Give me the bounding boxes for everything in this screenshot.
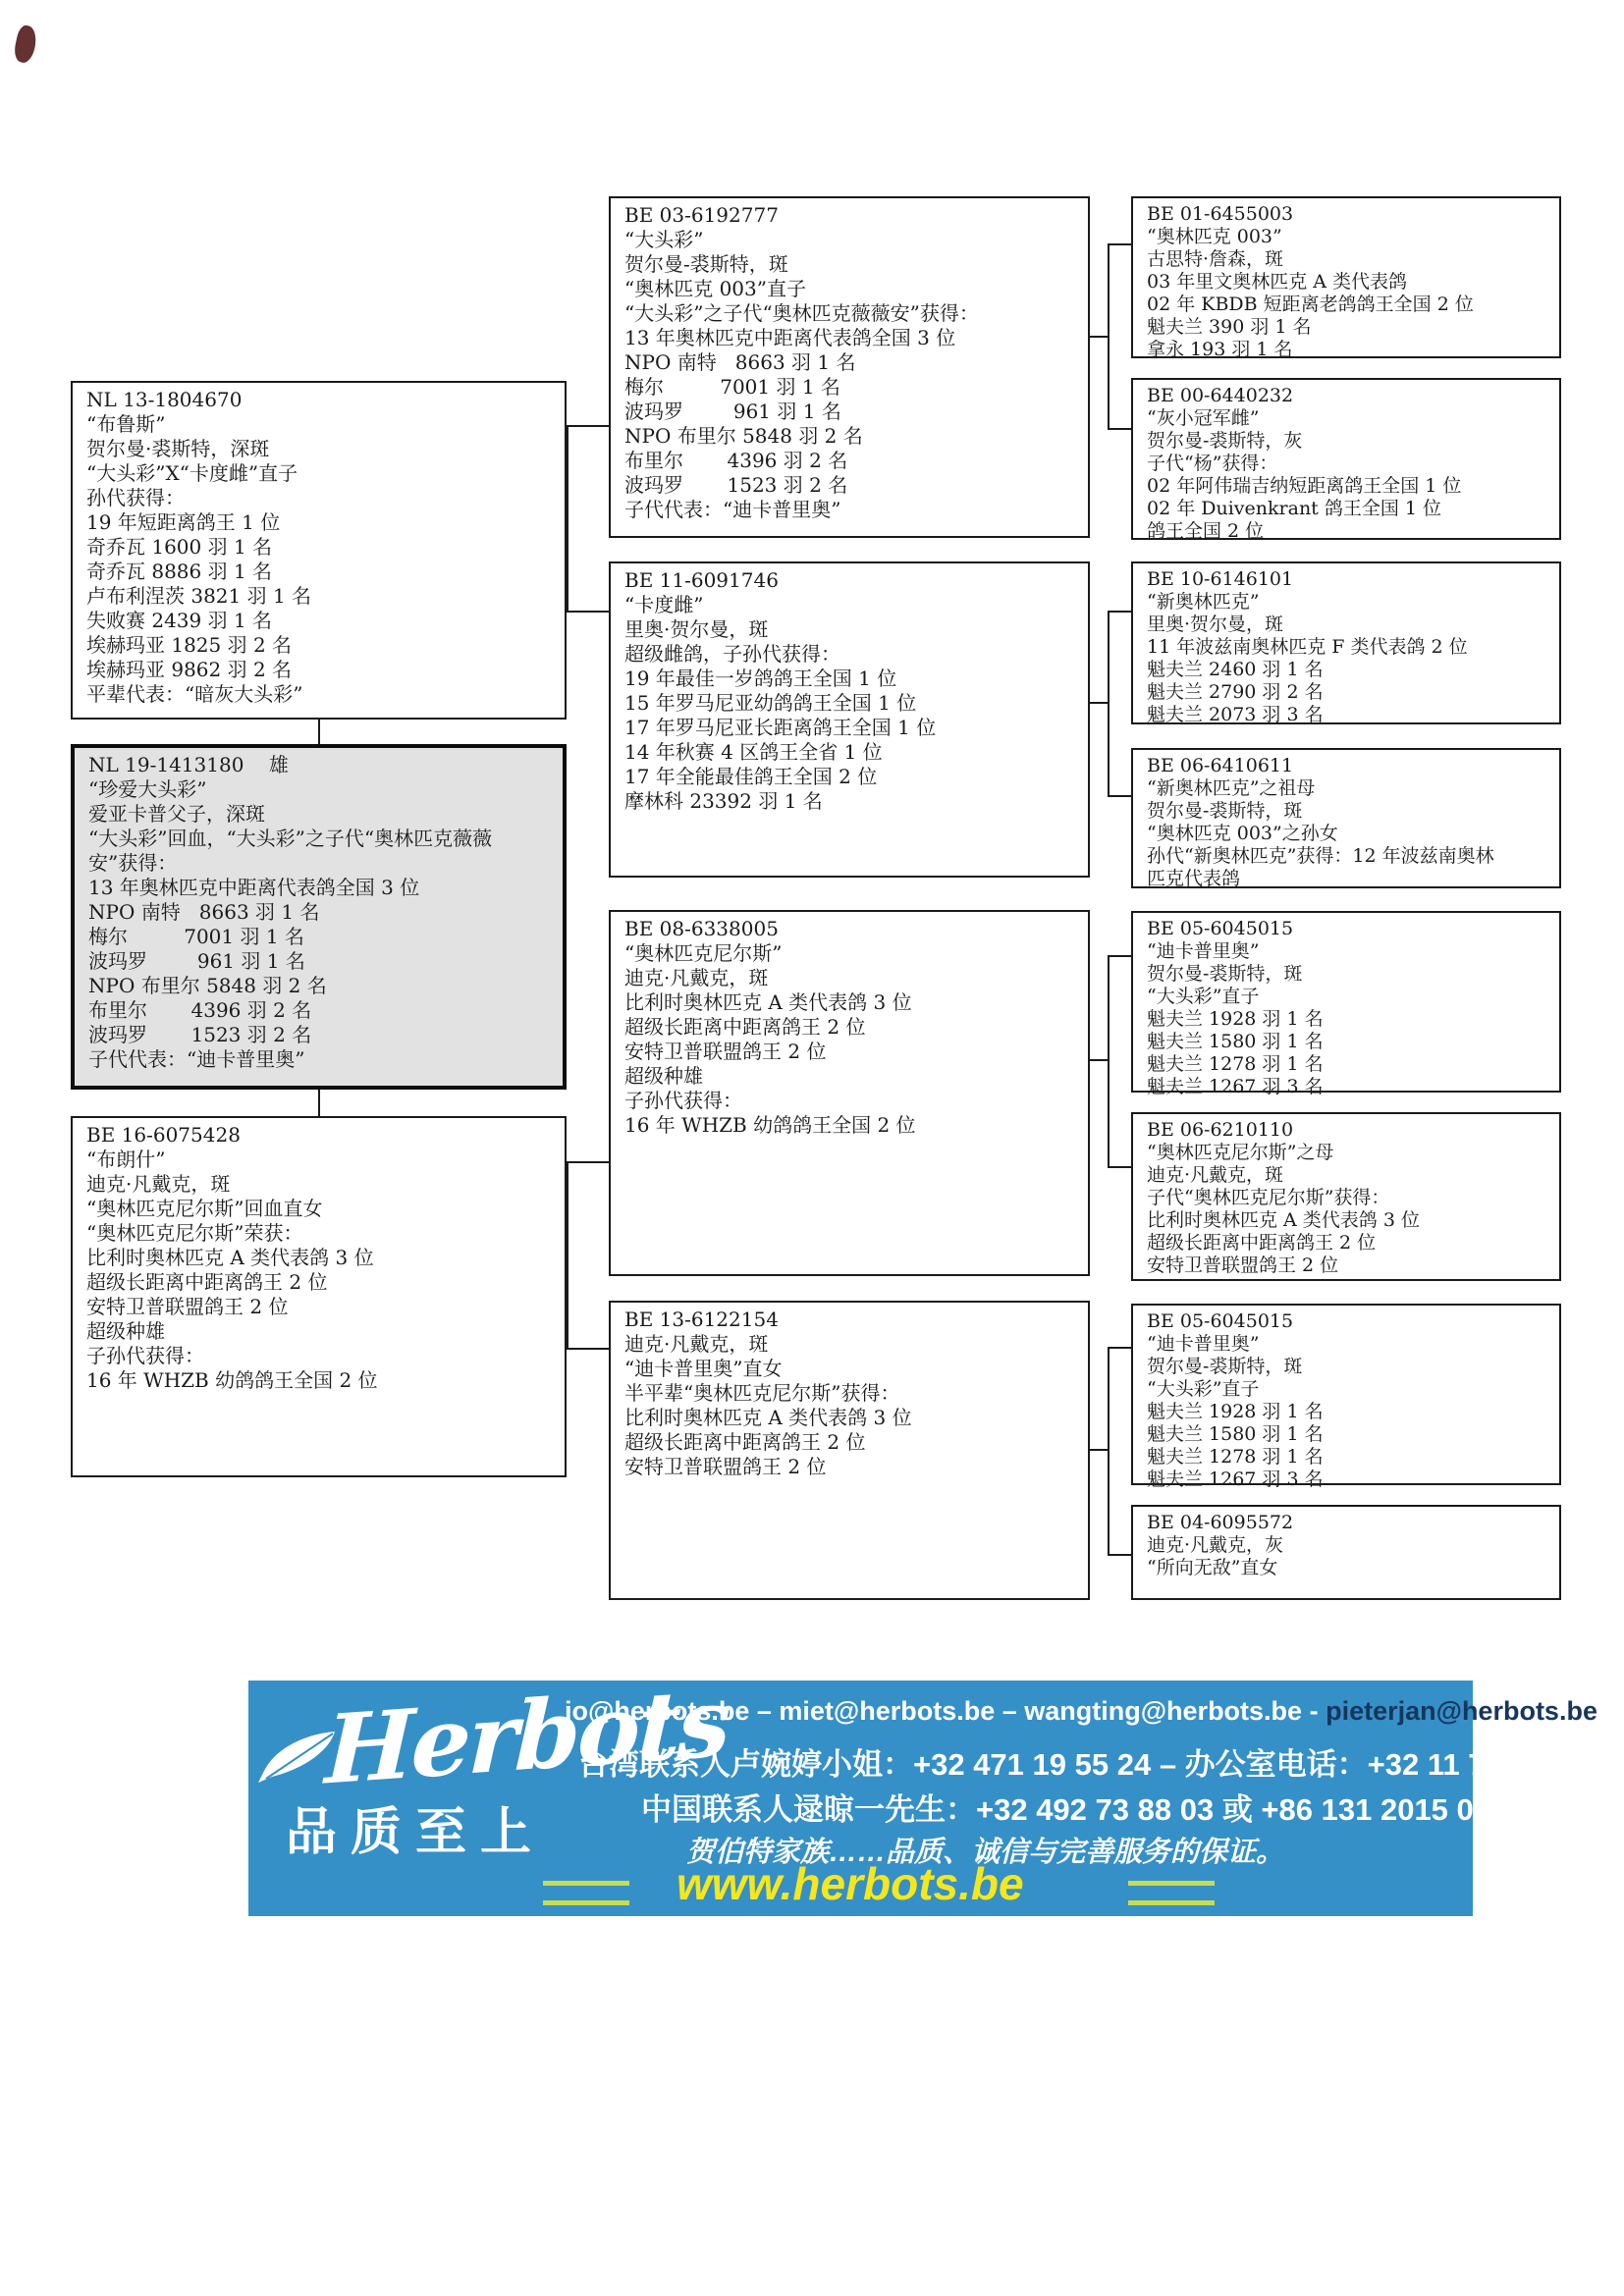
- china-contact-line: 中国联系人逯晾一先生：+32 492 73 88 03 或 +86 131 20…: [641, 1785, 1525, 1829]
- email-contacts[interactable]: jo@herbots.be – miet@herbots.be – wangti…: [565, 1696, 1597, 1727]
- email-contacts-main[interactable]: jo@herbots.be – miet@herbots.be – wangti…: [565, 1696, 1326, 1726]
- pedigree-line: 布里尔 4396 羽 2 名: [624, 449, 1080, 473]
- connector-line: [1108, 428, 1131, 430]
- pedigree-box-nl-13-1804670: NL 13-1804670“布鲁斯”贺尔曼·裘斯特，深斑“大头彩”X“卡度雌”直…: [71, 381, 567, 720]
- pedigree-line: “新奥林匹克”之祖母: [1147, 777, 1551, 800]
- taiwan-contact-line: 台湾联系人卢婉婷小姐：+32 471 19 55 24 – 办公室电话：+32 …: [578, 1739, 1587, 1784]
- connector-line: [1108, 1554, 1131, 1556]
- pedigree-box-be-00-6440232: BE 00-6440232“灰小冠军雌”贺尔曼-裘斯特，灰子代“杨”获得：02 …: [1131, 378, 1561, 540]
- pedigree-box-lines: BE 11-6091746“卡度雌”里奥·贺尔曼，斑超级雌鸽，子孙代获得：19 …: [624, 568, 1080, 814]
- pedigree-box-be-01-6455003: BE 01-6455003“奥林匹克 003”古思特·詹森，斑03 年里文奥林匹…: [1131, 196, 1561, 358]
- pedigree-line: “布朗什”: [86, 1148, 557, 1172]
- pedigree-line: “迪卡普里奥”: [1147, 940, 1551, 963]
- pedigree-line: 奇乔瓦 8886 羽 1 名: [86, 560, 557, 584]
- pedigree-line: 半平辈“奥林匹克尼尔斯”获得：: [624, 1381, 1080, 1406]
- pedigree-line: 02 年 Duivenkrant 鸽王全国 1 位: [1147, 498, 1551, 520]
- pedigree-line: 13 年奥林匹克中距离代表鸽全国 3 位: [624, 326, 1080, 350]
- pedigree-line: 魁夫兰 1580 羽 1 名: [1147, 1031, 1551, 1053]
- pedigree-line: 魁夫兰 1278 羽 1 名: [1147, 1053, 1551, 1076]
- pedigree-line: 19 年短距离鸽王 1 位: [86, 510, 557, 535]
- pedigree-line: “大头彩”直子: [1147, 986, 1551, 1008]
- pedigree-line: 古思特·詹森，斑: [1147, 248, 1551, 271]
- connector-line: [1090, 1449, 1110, 1451]
- pedigree-line: 埃赫玛亚 9862 羽 2 名: [86, 658, 557, 682]
- connector-line: [318, 720, 320, 744]
- pedigree-line: 19 年最佳一岁鸽鸽王全国 1 位: [624, 667, 1080, 691]
- pedigree-line: 02 年 KBDB 短距离老鸽鸽王全国 2 位: [1147, 294, 1551, 316]
- pedigree-box-be-04-6095572: BE 04-6095572迪克·凡戴克，灰“所向无敌”直女: [1131, 1505, 1561, 1600]
- pedigree-line: “奥林匹克尼尔斯”之母: [1147, 1142, 1551, 1164]
- pedigree-line: NL 13-1804670: [86, 388, 557, 412]
- pedigree-line: 贺尔曼-裘斯特，斑: [1147, 963, 1551, 986]
- pedigree-line: 13 年奥林匹克中距离代表鸽全国 3 位: [88, 876, 555, 900]
- pedigree-line: 安特卫普联盟鸽王 2 位: [86, 1295, 557, 1319]
- pedigree-line: 03 年里文奥林匹克 A 类代表鸽: [1147, 271, 1551, 294]
- pedigree-line: BE 13-6122154: [624, 1308, 1080, 1332]
- connector-line: [567, 425, 609, 427]
- pedigree-box-lines: BE 06-6210110“奥林匹克尼尔斯”之母迪克·凡戴克，斑子代“奥林匹克尼…: [1147, 1119, 1551, 1277]
- pedigree-line: NL 19-1413180 雄: [88, 753, 555, 777]
- connector-line: [1108, 243, 1131, 245]
- pedigree-line: “所向无敌”直女: [1147, 1557, 1551, 1579]
- pedigree-line: 17 年罗马尼亚长距离鸽王全国 1 位: [624, 716, 1080, 740]
- connector-line: [1108, 955, 1131, 957]
- connector-line: [567, 1161, 568, 1350]
- pedigree-line: 贺尔曼-裘斯特，斑: [624, 252, 1080, 277]
- pedigree-line: BE 10-6146101: [1147, 568, 1551, 591]
- pedigree-line: 孙代获得：: [86, 486, 557, 510]
- pedigree-line: “迪卡普里奥”直女: [624, 1357, 1080, 1381]
- connector-line: [1090, 1059, 1110, 1061]
- pedigree-line: 奇乔瓦 1600 羽 1 名: [86, 535, 557, 560]
- pedigree-line: 里奥·贺尔曼，斑: [1147, 614, 1551, 636]
- pedigree-line: 迪克·凡戴克，斑: [86, 1172, 557, 1197]
- pedigree-line: 15 年罗马尼亚幼鸽鸽王全国 1 位: [624, 691, 1080, 716]
- pedigree-line: 16 年 WHZB 幼鸽鸽王全国 2 位: [624, 1113, 1080, 1138]
- pedigree-line: 安”获得：: [88, 851, 555, 876]
- connector-line: [1108, 1347, 1131, 1349]
- connector-line: [567, 611, 609, 613]
- pedigree-line: “布鲁斯”: [86, 412, 557, 437]
- pedigree-line: 安特卫普联盟鸽王 2 位: [1147, 1255, 1551, 1277]
- pedigree-line: BE 04-6095572: [1147, 1512, 1551, 1534]
- pedigree-line: 贺尔曼-裘斯特，斑: [1147, 1356, 1551, 1378]
- pedigree-box-lines: BE 13-6122154迪克·凡戴克，斑“迪卡普里奥”直女半平辈“奥林匹克尼尔…: [624, 1308, 1080, 1479]
- pedigree-line: NPO 布里尔 5848 羽 2 名: [624, 424, 1080, 449]
- website-link[interactable]: www.herbots.be: [677, 1857, 1024, 1910]
- pedigree-line: “卡度雌”: [624, 593, 1080, 617]
- pedigree-line: BE 11-6091746: [624, 568, 1080, 593]
- pedigree-line: 平辈代表：“暗灰大头彩”: [86, 682, 557, 707]
- pedigree-line: 魁夫兰 2460 羽 1 名: [1147, 659, 1551, 681]
- pedigree-box-nl-19-1413180-subject: NL 19-1413180 雄“珍爱大头彩”爱亚卡普父子，深斑“大头彩”回血，“…: [71, 744, 567, 1090]
- pedigree-line: 拿永 193 羽 1 名: [1147, 339, 1551, 361]
- pedigree-line: “灰小冠军雌”: [1147, 407, 1551, 430]
- pedigree-box-be-11-6091746: BE 11-6091746“卡度雌”里奥·贺尔曼，斑超级雌鸽，子孙代获得：19 …: [609, 561, 1090, 878]
- pedigree-line: “奥林匹克尼尔斯”荣获：: [86, 1221, 557, 1246]
- pedigree-line: 16 年 WHZB 幼鸽鸽王全国 2 位: [86, 1368, 557, 1393]
- pedigree-line: 波玛罗 961 羽 1 名: [624, 400, 1080, 424]
- connector-line: [1090, 702, 1110, 704]
- pedigree-line: “珍爱大头彩”: [88, 777, 555, 802]
- pedigree-box-lines: NL 13-1804670“布鲁斯”贺尔曼·裘斯特，深斑“大头彩”X“卡度雌”直…: [86, 388, 557, 707]
- pedigree-line: 子代代表：“迪卡普里奥”: [624, 498, 1080, 522]
- pedigree-line: 贺尔曼·裘斯特，深斑: [86, 437, 557, 461]
- pedigree-box-lines: BE 05-6045015“迪卡普里奥”贺尔曼-裘斯特，斑“大头彩”直子魁夫兰 …: [1147, 918, 1551, 1098]
- pedigree-line: “大头彩”之子代“奥林匹克薇薇安”获得：: [624, 301, 1080, 326]
- pedigree-line: 迪克·凡戴克，斑: [1147, 1164, 1551, 1187]
- pedigree-line: 迪克·凡戴克，斑: [624, 966, 1080, 990]
- pedigree-line: 魁夫兰 1580 羽 1 名: [1147, 1423, 1551, 1446]
- pedigree-line: “奥林匹克尼尔斯”: [624, 941, 1080, 966]
- pedigree-line: 魁夫兰 1928 羽 1 名: [1147, 1401, 1551, 1423]
- pedigree-line: “奥林匹克 003”之孙女: [1147, 823, 1551, 845]
- pedigree-line: BE 06-6210110: [1147, 1119, 1551, 1142]
- pedigree-line: BE 08-6338005: [624, 917, 1080, 941]
- decorative-double-line-left: [543, 1881, 629, 1905]
- connector-line: [1108, 955, 1110, 1168]
- pedigree-box-lines: BE 10-6146101“新奥林匹克”里奥·贺尔曼，斑11 年波兹南奥林匹克 …: [1147, 568, 1551, 726]
- pedigree-line: 迪克·凡戴克，斑: [624, 1332, 1080, 1357]
- pedigree-box-lines: BE 08-6338005“奥林匹克尼尔斯”迪克·凡戴克，斑比利时奥林匹克 A …: [624, 917, 1080, 1138]
- connector-line: [1108, 1347, 1110, 1556]
- pedigree-line: 魁夫兰 1278 羽 1 名: [1147, 1446, 1551, 1468]
- pedigree-line: 卢布利涅茨 3821 羽 1 名: [86, 584, 557, 609]
- pedigree-line: 子代“奥林匹克尼尔斯”获得：: [1147, 1187, 1551, 1209]
- pedigree-line: 超级长距离中距离鸽王 2 位: [624, 1430, 1080, 1455]
- pedigree-line: NPO 南特 8663 羽 1 名: [624, 350, 1080, 375]
- pedigree-line: 孙代“新奥林匹克”获得：12 年波兹南奥林: [1147, 845, 1551, 868]
- pedigree-box-be-06-6210110: BE 06-6210110“奥林匹克尼尔斯”之母迪克·凡戴克，斑子代“奥林匹克尼…: [1131, 1112, 1561, 1281]
- pedigree-box-be-10-6146101: BE 10-6146101“新奥林匹克”里奥·贺尔曼，斑11 年波兹南奥林匹克 …: [1131, 561, 1561, 724]
- connector-line: [1108, 795, 1131, 797]
- pedigree-line: 比利时奥林匹克 A 类代表鸽 3 位: [86, 1246, 557, 1270]
- pedigree-line: 匹克代表鸽: [1147, 868, 1551, 890]
- pedigree-line: 11 年波兹南奥林匹克 F 类代表鸽 2 位: [1147, 636, 1551, 659]
- pedigree-line: 梅尔 7001 羽 1 名: [624, 375, 1080, 400]
- pedigree-line: 02 年阿伟瑞吉纳短距离鸽王全国 1 位: [1147, 475, 1551, 498]
- pedigree-line: 爱亚卡普父子，深斑: [88, 802, 555, 827]
- pedigree-line: 波玛罗 1523 羽 2 名: [88, 1023, 555, 1047]
- quality-slogan: 品质至上: [286, 1790, 545, 1864]
- pedigree-line: 魁夫兰 1928 羽 1 名: [1147, 1008, 1551, 1031]
- connector-line: [567, 1348, 609, 1350]
- pedigree-line: “大头彩”直子: [1147, 1378, 1551, 1401]
- pedigree-box-be-03-6192777: BE 03-6192777“大头彩”贺尔曼-裘斯特，斑“奥林匹克 003”直子“…: [609, 196, 1090, 538]
- pedigree-line: BE 06-6410611: [1147, 755, 1551, 777]
- pedigree-line: 子孙代获得：: [86, 1344, 557, 1368]
- pedigree-line: “大头彩”X“卡度雌”直子: [86, 461, 557, 486]
- pedigree-line: 超级长距离中距离鸽王 2 位: [1147, 1232, 1551, 1255]
- pedigree-line: 魁夫兰 2073 羽 3 名: [1147, 704, 1551, 726]
- pedigree-box-lines: BE 06-6410611“新奥林匹克”之祖母贺尔曼-裘斯特，斑“奥林匹克 00…: [1147, 755, 1551, 890]
- connector-line: [318, 1090, 320, 1116]
- pedigree-line: 波玛罗 1523 羽 2 名: [624, 473, 1080, 498]
- pedigree-line: BE 05-6045015: [1147, 918, 1551, 940]
- pedigree-line: 子代代表：“迪卡普里奥”: [88, 1047, 555, 1072]
- pedigree-line: 里奥·贺尔曼，斑: [624, 617, 1080, 642]
- pedigree-line: 迪克·凡戴克，灰: [1147, 1534, 1551, 1557]
- pedigree-line: 超级长距离中距离鸽王 2 位: [624, 1015, 1080, 1040]
- pedigree-line: “新奥林匹克”: [1147, 591, 1551, 614]
- pedigree-line: 波玛罗 961 羽 1 名: [88, 949, 555, 974]
- connector-line: [567, 1161, 609, 1163]
- decorative-double-line-right: [1128, 1881, 1215, 1905]
- pedigree-box-lines: BE 03-6192777“大头彩”贺尔曼-裘斯特，斑“奥林匹克 003”直子“…: [624, 203, 1080, 522]
- pedigree-line: NPO 南特 8663 羽 1 名: [88, 900, 555, 925]
- pedigree-box-be-08-6338005: BE 08-6338005“奥林匹克尼尔斯”迪克·凡戴克，斑比利时奥林匹克 A …: [609, 910, 1090, 1276]
- pedigree-line: 比利时奥林匹克 A 类代表鸽 3 位: [624, 990, 1080, 1015]
- pedigree-line: NPO 布里尔 5848 羽 2 名: [88, 974, 555, 998]
- connector-line: [1090, 336, 1110, 338]
- pedigree-line: 贺尔曼-裘斯特，灰: [1147, 430, 1551, 453]
- herbots-banner: Herbots 品质至上 jo@herbots.be – miet@herbot…: [248, 1681, 1473, 1916]
- pedigree-line: 魁夫兰 1267 羽 3 名: [1147, 1076, 1551, 1098]
- pedigree-line: BE 00-6440232: [1147, 385, 1551, 407]
- connector-line: [1108, 611, 1110, 797]
- pedigree-line: BE 03-6192777: [624, 203, 1080, 228]
- pedigree-box-lines: BE 05-6045015“迪卡普里奥”贺尔曼-裘斯特，斑“大头彩”直子魁夫兰 …: [1147, 1310, 1551, 1491]
- connector-line: [1108, 1166, 1131, 1168]
- pedigree-box-lines: BE 01-6455003“奥林匹克 003”古思特·詹森，斑03 年里文奥林匹…: [1147, 203, 1551, 361]
- pedigree-line: 子孙代获得：: [624, 1089, 1080, 1113]
- pedigree-box-lines: BE 16-6075428“布朗什”迪克·凡戴克，斑“奥林匹克尼尔斯”回血直女“…: [86, 1123, 557, 1393]
- pedigree-line: BE 05-6045015: [1147, 1310, 1551, 1333]
- pedigree-line: 比利时奥林匹克 A 类代表鸽 3 位: [1147, 1209, 1551, 1232]
- pedigree-line: BE 01-6455003: [1147, 203, 1551, 226]
- pedigree-line: 鸽王全国 2 位: [1147, 520, 1551, 543]
- pedigree-line: 魁夫兰 390 羽 1 名: [1147, 316, 1551, 339]
- pedigree-line: 摩林科 23392 羽 1 名: [624, 789, 1080, 814]
- pedigree-line: 布里尔 4396 羽 2 名: [88, 998, 555, 1023]
- connector-line: [1108, 243, 1110, 430]
- pedigree-line: 14 年秋赛 4 区鸽王全省 1 位: [624, 740, 1080, 765]
- pedigree-line: 子代“杨”获得：: [1147, 453, 1551, 475]
- pedigree-box-be-05-6045015-bottom: BE 05-6045015“迪卡普里奥”贺尔曼-裘斯特，斑“大头彩”直子魁夫兰 …: [1131, 1304, 1561, 1485]
- pedigree-line: 比利时奥林匹克 A 类代表鸽 3 位: [624, 1406, 1080, 1430]
- pedigree-box-lines: BE 04-6095572迪克·凡戴克，灰“所向无敌”直女: [1147, 1512, 1551, 1579]
- pedigree-box-lines: NL 19-1413180 雄“珍爱大头彩”爱亚卡普父子，深斑“大头彩”回血，“…: [88, 753, 555, 1072]
- pedigree-line: 超级种雄: [624, 1064, 1080, 1089]
- pedigree-line: 失败赛 2439 羽 1 名: [86, 609, 557, 633]
- pedigree-line: 安特卫普联盟鸽王 2 位: [624, 1040, 1080, 1064]
- ink-smudge-artifact: [12, 24, 38, 64]
- pedigree-line: 超级长距离中距离鸽王 2 位: [86, 1270, 557, 1295]
- pedigree-line: “奥林匹克 003”直子: [624, 277, 1080, 301]
- pedigree-line: 贺尔曼-裘斯特，斑: [1147, 800, 1551, 823]
- connector-line: [1108, 611, 1131, 613]
- pedigree-box-be-16-6075428: BE 16-6075428“布朗什”迪克·凡戴克，斑“奥林匹克尼尔斯”回血直女“…: [71, 1116, 567, 1477]
- pedigree-line: 17 年全能最佳鸽王全国 2 位: [624, 765, 1080, 789]
- email-contact-pieterjan[interactable]: pieterjan@herbots.be: [1326, 1696, 1597, 1726]
- pedigree-line: BE 16-6075428: [86, 1123, 557, 1148]
- pedigree-line: 梅尔 7001 羽 1 名: [88, 925, 555, 949]
- pedigree-line: “奥林匹克 003”: [1147, 226, 1551, 248]
- pedigree-line: “迪卡普里奥”: [1147, 1333, 1551, 1356]
- pedigree-line: “奥林匹克尼尔斯”回血直女: [86, 1197, 557, 1221]
- pedigree-box-be-05-6045015-top: BE 05-6045015“迪卡普里奥”贺尔曼-裘斯特，斑“大头彩”直子魁夫兰 …: [1131, 911, 1561, 1093]
- pedigree-line: 魁夫兰 2790 羽 2 名: [1147, 681, 1551, 704]
- pedigree-line: 超级种雄: [86, 1319, 557, 1344]
- connector-line: [567, 425, 568, 613]
- pedigree-page: NL 13-1804670“布鲁斯”贺尔曼·裘斯特，深斑“大头彩”X“卡度雌”直…: [0, 0, 1624, 2296]
- pedigree-box-lines: BE 00-6440232“灰小冠军雌”贺尔曼-裘斯特，灰子代“杨”获得：02 …: [1147, 385, 1551, 543]
- pedigree-box-be-13-6122154: BE 13-6122154迪克·凡戴克，斑“迪卡普里奥”直女半平辈“奥林匹克尼尔…: [609, 1301, 1090, 1600]
- pedigree-line: 魁夫兰 1267 羽 3 名: [1147, 1468, 1551, 1491]
- pedigree-line: 安特卫普联盟鸽王 2 位: [624, 1455, 1080, 1479]
- pedigree-line: “大头彩”: [624, 228, 1080, 252]
- pedigree-line: 超级雌鸽，子孙代获得：: [624, 642, 1080, 667]
- pedigree-line: “大头彩”回血，“大头彩”之子代“奥林匹克薇薇: [88, 827, 555, 851]
- pedigree-box-be-06-6410611: BE 06-6410611“新奥林匹克”之祖母贺尔曼-裘斯特，斑“奥林匹克 00…: [1131, 748, 1561, 888]
- pedigree-line: 埃赫玛亚 1825 羽 2 名: [86, 633, 557, 658]
